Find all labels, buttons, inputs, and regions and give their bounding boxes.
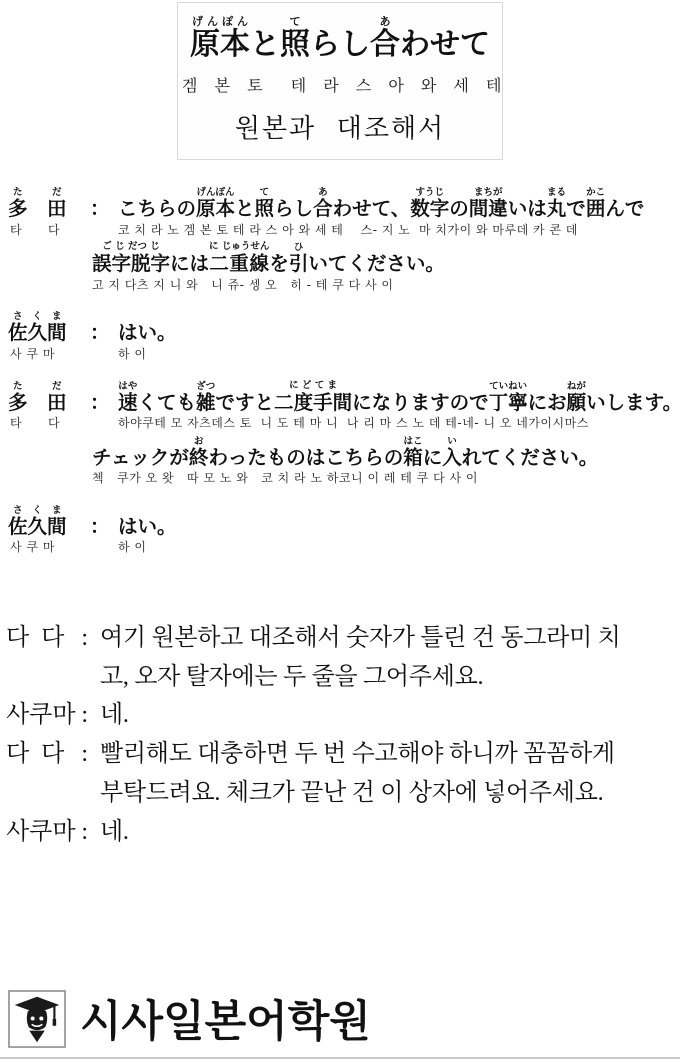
ruby-annotated-text: 原本げんぽん — [190, 27, 250, 62]
ruby-annotated-text: 多た — [8, 187, 28, 219]
speaker-colon: ： — [90, 306, 118, 343]
translation-speaker-name: 다 다 — [6, 735, 64, 774]
speaker-name-korean: 타 다 — [8, 417, 90, 430]
speaker-name-japanese: 佐さ久く間ま — [8, 306, 90, 343]
speaker-colon: ： — [90, 375, 118, 412]
korean-reading-line: 고 지 다츠 지 니 와 니 쥬- 셍 오 히 - 테 쿠 다 사 이 — [92, 279, 676, 292]
ruby-annotated-text: 久く — [28, 505, 48, 537]
ruby-annotated-text: 丁寧ていねい — [489, 381, 528, 413]
japanese-text-line: 誤字脱字ご じ だつ じには二重線に じゅうせんを引ひいてください。 — [92, 237, 676, 274]
translation-speaker: 다 다: — [6, 735, 88, 774]
ruby-annotated-text: 丸まる — [547, 187, 567, 219]
japanese-text-line: 速はやくても雑ざつですと二度手間に ど て まになりますので丁寧ていねいにお願ね… — [118, 375, 676, 412]
translation-text-line: 부탁드려요. 체크가 끝난 건 이 상자에 넣어주세요. — [100, 774, 674, 813]
translation-text-line: 네. — [100, 696, 674, 735]
dialogue-section: 多た 田だ타 다：こちらの原本げんぽんと照てらし合あわせて、数字すうじの間違まち… — [0, 182, 680, 555]
ruby-annotated-text: 速はや — [118, 381, 138, 413]
speech-continuation-row: 誤字脱字ご じ だつ じには二重線に じゅうせんを引ひいてください。고 지 다츠… — [4, 237, 676, 292]
japanese-text-line: はい。 — [118, 499, 676, 536]
ruby-annotated-text: 入い — [442, 436, 462, 468]
ruby-annotated-text: 照て — [280, 27, 310, 62]
ruby-annotated-text: 間ま — [47, 311, 67, 343]
speaker-name-korean: 사 쿠 마 — [8, 348, 90, 361]
translation-text: 여기 원본하고 대조해서 숫자가 틀린 건 동그라미 치고, 오자 탈자에는 두… — [88, 619, 674, 697]
bottom-divider — [0, 1057, 680, 1059]
speech-text-cell: はい。하 이 — [118, 499, 676, 554]
colon-mark: ： — [90, 182, 118, 219]
ruby-annotated-text: 原本げんぽん — [196, 187, 235, 219]
translation-row: 사쿠마:네. — [6, 813, 674, 852]
speech-continuation-row: チェックが終おわったものはこちらの箱はこに入いれてください。첵 쿠가 오 왓 따… — [4, 430, 676, 485]
korean-reading-line: 하 이 — [118, 348, 676, 361]
ruby-annotated-text: 二度手間に ど て ま — [274, 380, 352, 413]
speech-row: 多た 田だ타 다：速はやくても雑ざつですと二度手間に ど て まになりますので丁… — [4, 375, 676, 430]
ruby-annotated-text: 間違まちが — [469, 187, 508, 219]
translation-colon: : — [81, 696, 88, 735]
translation-colon: : — [81, 619, 88, 658]
dialogue-speech: 佐さ久く間ま사 쿠 마：はい。하 이 — [4, 306, 676, 361]
speaker-colon: ： — [90, 499, 118, 536]
ruby-annotated-text: 田だ — [47, 381, 67, 413]
ruby-annotated-text: 誤字脱字ご じ だつ じ — [92, 241, 170, 274]
speaker-name-japanese: 多た 田だ — [8, 375, 90, 412]
speech-text-cell: 速はやくても雑ざつですと二度手間に ど て まになりますので丁寧ていねいにお願ね… — [118, 375, 676, 430]
dialogue-speech: 多た 田だ타 다：速はやくても雑ざつですと二度手間に ど て まになりますので丁… — [4, 375, 676, 485]
speech-text-cell: はい。하 이 — [118, 306, 676, 361]
ruby-annotated-text: 雑ざつ — [196, 381, 216, 413]
ruby-annotated-text: 間ま — [47, 505, 67, 537]
speaker-cell: 多た 田だ타 다 — [4, 375, 90, 430]
ruby-annotated-text: 佐さ — [8, 505, 28, 537]
translation-speaker-name: 사쿠마 — [6, 813, 76, 852]
academy-logo: 시사일본어학원 — [8, 988, 371, 1049]
translation-text-line: 빨리해도 대충하면 두 번 수고해야 하니까 꼼꼼하게 — [100, 735, 674, 774]
japanese-text-line: チェックが終おわったものはこちらの箱はこに入いれてください。 — [92, 430, 676, 467]
ruby-annotated-text: 引ひ — [289, 242, 309, 274]
translation-speaker: 사쿠마: — [6, 813, 88, 852]
speaker-name-korean: 사 쿠 마 — [8, 541, 90, 554]
dialogue-speech: 多た 田だ타 다：こちらの原本げんぽんと照てらし合あわせて、数字すうじの間違まち… — [4, 182, 676, 292]
speech-row: 多た 田だ타 다：こちらの原本げんぽんと照てらし合あわせて、数字すうじの間違まち… — [4, 182, 676, 237]
translation-colon: : — [81, 813, 88, 852]
translation-text-line: 여기 원본하고 대조해서 숫자가 틀린 건 동그라미 치 — [100, 619, 674, 658]
ruby-annotated-text: 箱はこ — [403, 436, 423, 468]
translation-speaker-name: 사쿠마 — [6, 696, 76, 735]
ruby-annotated-text: 照て — [255, 187, 275, 219]
title-box: 原本げんぽんと照てらし合あわせて 겜 본 토 테 라 스 아 와 세 테 원본과… — [177, 2, 503, 160]
ruby-annotated-text: 合あ — [313, 187, 333, 219]
japanese-text-line: はい。 — [118, 306, 676, 343]
speech-text-cell: チェックが終おわったものはこちらの箱はこに入いれてください。첵 쿠가 오 왓 따… — [92, 430, 676, 485]
translation-text-line: 네. — [100, 813, 674, 852]
translation-section: 다 다:여기 원본하고 대조해서 숫자가 틀린 건 동그라미 치고, 오자 탈자… — [0, 619, 680, 852]
translation-row: 다 다:빨리해도 대충하면 두 번 수고해야 하니까 꼼꼼하게부탁드려요. 체크… — [6, 735, 674, 813]
title-korean-translation: 원본과 대조해서 — [182, 108, 498, 145]
speech-text-cell: 誤字脱字ご じ だつ じには二重線に じゅうせんを引ひいてください。고 지 다츠… — [92, 237, 676, 292]
ruby-annotated-text: 多た — [8, 381, 28, 413]
speaker-cell: 佐さ久く間ま사 쿠 마 — [4, 499, 90, 554]
translation-row: 다 다:여기 원본하고 대조해서 숫자가 틀린 건 동그라미 치고, 오자 탈자… — [6, 619, 674, 697]
korean-reading-line: 첵 쿠가 오 왓 따 모 노 와 코 치 라 노 하코니 이 레 테 쿠 다 사… — [92, 472, 676, 485]
colon-mark: ： — [90, 306, 118, 343]
speech-text-cell: こちらの原本げんぽんと照てらし合あわせて、数字すうじの間違まちがいは丸まるで囲か… — [118, 182, 676, 237]
colon-mark: ： — [90, 499, 118, 536]
ruby-annotated-text: 二重線に じゅうせん — [209, 241, 269, 274]
speaker-cell: 多た 田だ타 다 — [4, 182, 90, 237]
academy-name: 시사일본어학원 — [80, 988, 371, 1049]
title-japanese: 原本げんぽんと照てらし合あわせて — [182, 15, 498, 61]
speaker-name-japanese: 多た 田だ — [8, 182, 90, 219]
ruby-annotated-text: 佐さ — [8, 311, 28, 343]
translation-speaker: 사쿠마: — [6, 696, 88, 735]
speaker-colon: ： — [90, 182, 118, 219]
title-korean-reading: 겜 본 토 테 라 스 아 와 세 테 — [182, 73, 498, 96]
korean-reading-line: 코 치 라 노 겜 본 토 테 라 스 아 와 세 테 스- 지 노 마 치가이… — [118, 224, 676, 237]
ruby-annotated-text: 田だ — [47, 187, 67, 219]
translation-colon: : — [81, 735, 88, 774]
ruby-annotated-text: 願ねが — [567, 381, 587, 413]
japanese-text-line: こちらの原本げんぽんと照てらし合あわせて、数字すうじの間違まちがいは丸まるで囲か… — [118, 182, 676, 219]
ruby-annotated-text: 終お — [189, 436, 209, 468]
speaker-name-japanese: 佐さ久く間ま — [8, 499, 90, 536]
translation-text-line: 고, 오자 탈자에는 두 줄을 그어주세요. — [100, 658, 674, 697]
ruby-annotated-text: 合あ — [370, 27, 400, 62]
korean-reading-line: 하야쿠테 모 자츠데스 토 니 도 테 마 니 나 리 마 스 노 데 테-네-… — [118, 417, 676, 430]
speaker-cell: 佐さ久く間ま사 쿠 마 — [4, 306, 90, 361]
translation-text: 빨리해도 대충하면 두 번 수고해야 하니까 꼼꼼하게부탁드려요. 체크가 끝난… — [88, 735, 674, 813]
speech-row: 佐さ久く間ま사 쿠 마：はい。하 이 — [4, 499, 676, 554]
ruby-annotated-text: 久く — [28, 311, 48, 343]
translation-speaker-name: 다 다 — [6, 619, 64, 658]
translation-text: 네. — [88, 813, 674, 852]
korean-reading-line: 하 이 — [118, 541, 676, 554]
graduate-scholar-icon — [8, 990, 66, 1048]
ruby-annotated-text: 数字すうじ — [410, 187, 449, 219]
colon-mark: ： — [90, 375, 118, 412]
speaker-name-korean: 타 다 — [8, 224, 90, 237]
speech-row: 佐さ久く間ま사 쿠 마：はい。하 이 — [4, 306, 676, 361]
translation-speaker: 다 다: — [6, 619, 88, 658]
dialogue-speech: 佐さ久く間ま사 쿠 마：はい。하 이 — [4, 499, 676, 554]
worksheet-page: { "colon_japanese": "：", "title": { "seg… — [0, 0, 680, 1064]
translation-row: 사쿠마:네. — [6, 696, 674, 735]
translation-text: 네. — [88, 696, 674, 735]
ruby-annotated-text: 囲かこ — [586, 187, 606, 219]
